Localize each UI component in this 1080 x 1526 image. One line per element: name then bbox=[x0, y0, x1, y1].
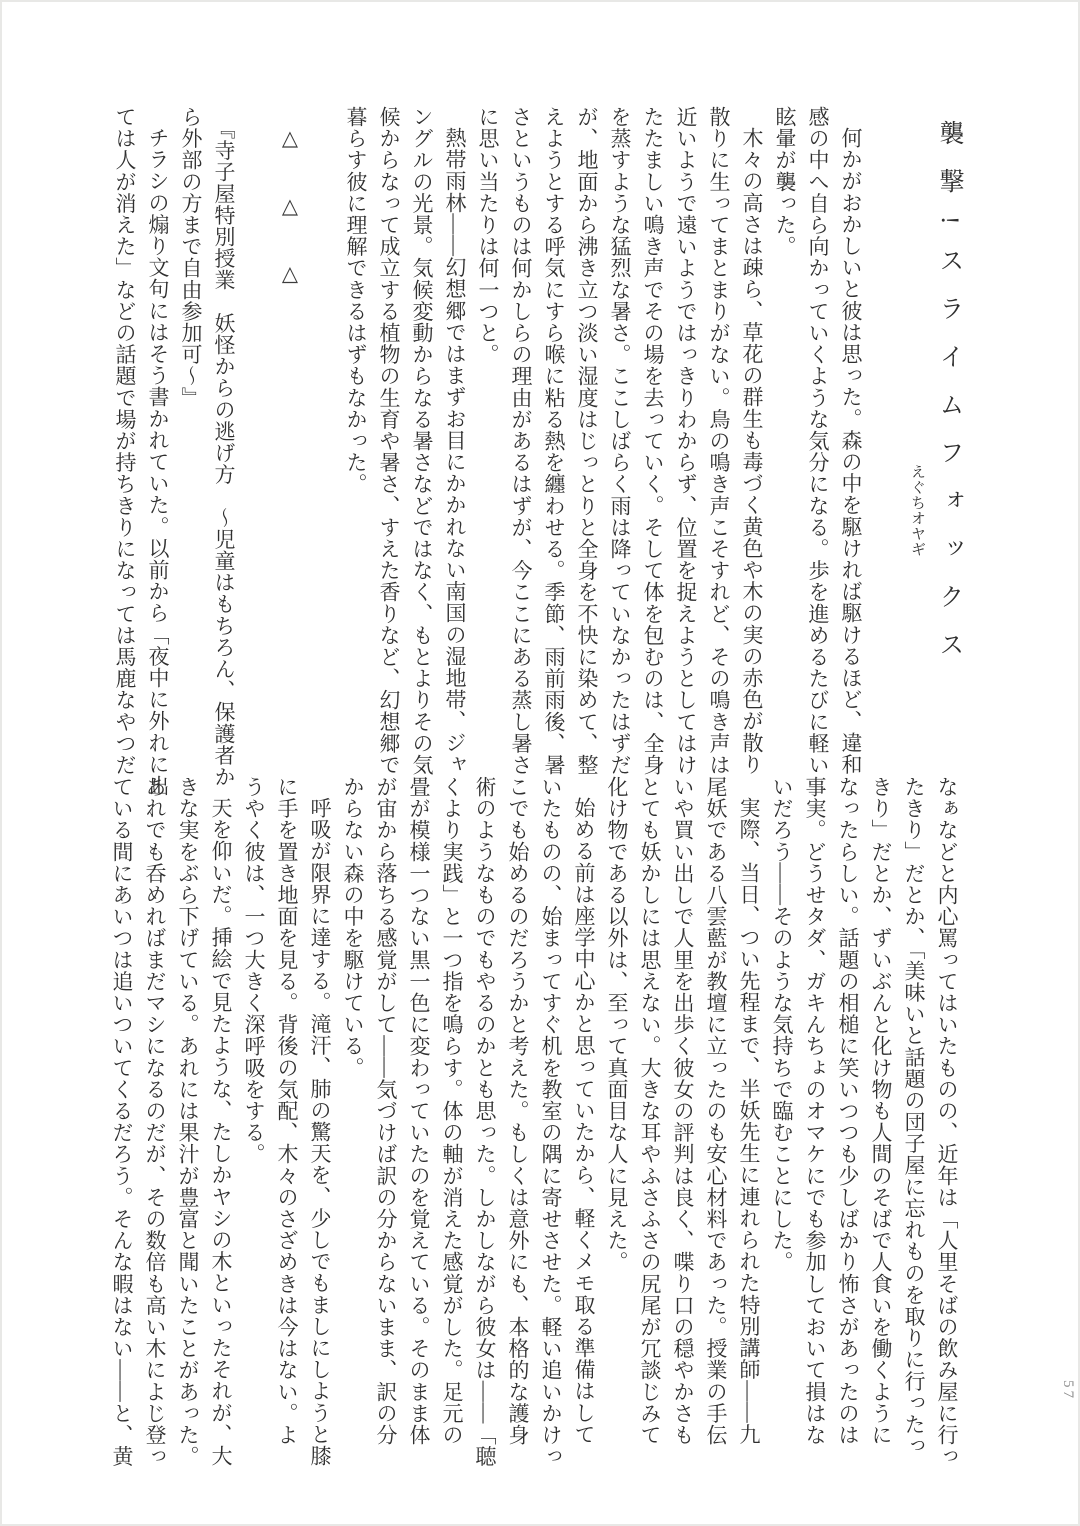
text-column: チラシの煽り文句にはそう書かれていた。以前から「夜中に外れに出 bbox=[141, 106, 174, 811]
story-bottom-block: なぁなどと内心罵ってはいたものの、近年は「人里そばの飲み屋に行ったきり」だとか、… bbox=[105, 776, 963, 1481]
column-spacer bbox=[306, 106, 339, 811]
text-column: こでも始めるのだろうかと考えた。もしくは意外にも、本格的な護身 bbox=[501, 776, 534, 1481]
text-column: いたものの、始まってすぐ机を教室の隅に寄せさせた。軽い追いかけっ bbox=[534, 776, 567, 1481]
text-column: 何かがおかしいと彼は思った。森の中を駆ければ駆けるほど、違和 bbox=[834, 106, 867, 811]
text-column: ている間にあいつは追いついてくるだろう。そんな暇はない――と、黄 bbox=[105, 776, 138, 1481]
text-column: なぁなどと内心罵ってはいたものの、近年は「人里そばの飲み屋に行っ bbox=[930, 776, 963, 1481]
text-column: 天を仰いだ。挿絵で見たような、たしかヤシの木といったそれが、大 bbox=[204, 776, 237, 1481]
text-column: たたましい鳴き声でその場を去っていく。そして体を包むのは、全身 bbox=[636, 106, 669, 811]
text-column: あれでも呑めればまだマシになるのだが、その数倍も高い木によじ登っ bbox=[138, 776, 171, 1481]
story-top-block: 襲撃!スライムフォックスえぐちオヤギ何かがおかしいと彼は思った。森の中を駆ければ… bbox=[108, 106, 966, 811]
text-column: たきり」だとか、「美味いと話題の団子屋に忘れものを取りに行ったっ bbox=[897, 776, 930, 1481]
text-column: うやく彼は、一つ大きく深呼吸をする。 bbox=[237, 776, 270, 1481]
text-column: 呼吸が限界に達する。滝汗、肺の驚天を、少しでもましにしようと膝 bbox=[303, 776, 336, 1481]
column-spacer bbox=[867, 106, 900, 811]
text-column: 術のようなものでもやるのかとも思った。しかしながら彼女は――「聴 bbox=[468, 776, 501, 1481]
section-divider: △ △ △ bbox=[273, 106, 306, 811]
story-title: 襲撃!スライムフォックス bbox=[933, 106, 966, 811]
text-column: が、地面から沸き立つ淡い湿度はじっとりと全身を不快に染めて、整 bbox=[570, 106, 603, 811]
document-page: 襲撃!スライムフォックスえぐちオヤギ何かがおかしいと彼は思った。森の中を駆ければ… bbox=[2, 2, 1078, 1524]
text-column: ら外部の方まで自由参加可〜』 bbox=[174, 106, 207, 811]
text-column: に思い当たりは何一つと。 bbox=[471, 106, 504, 811]
text-column: が宙から落ちる感覚がして――気づけば訳の分からないまま、訳の分 bbox=[369, 776, 402, 1481]
text-column: 暮らす彼に理解できるはずもなかった。 bbox=[339, 106, 372, 811]
text-column: 『寺子屋特別授業 妖怪からの逃げ方 〜児童はもちろん、保護者か bbox=[207, 106, 240, 811]
text-column: きり」だとか、ずいぶんと化け物も人間のそばで人食いを働くように bbox=[864, 776, 897, 1481]
text-column: に手を置き地面を見る。背後の気配、木々のさざめきは今はない。よ bbox=[270, 776, 303, 1481]
text-column: 眩暈が襲った。 bbox=[768, 106, 801, 811]
text-column: からない森の中を駆けている。 bbox=[336, 776, 369, 1481]
text-column: なったらしい。話題の相槌に笑いつつも少しばかり怖さがあったのは bbox=[831, 776, 864, 1481]
text-column: ては人が消えた」などの話題で場が持ちきりになっては馬鹿なやつだ bbox=[108, 106, 141, 811]
column-spacer bbox=[240, 106, 273, 811]
text-column: を蒸すような猛烈な暑さ。ここしばらく雨は降っていなかったはずだ bbox=[603, 106, 636, 811]
text-column: 事実。どうせタダ、ガキんちょのオマケにでも参加しておいて損はな bbox=[798, 776, 831, 1481]
text-column: 熱帯雨林――幻想郷ではまずお目にかかれない南国の湿地帯、ジャ bbox=[438, 106, 471, 811]
text-column: 近いようで遠いようではっきりわからず、位置を捉えようとしてはけ bbox=[669, 106, 702, 811]
text-column: いや買い出しで人里を出歩く彼女の評判は良く、喋り口の穏やかさも bbox=[666, 776, 699, 1481]
text-column: いだろう――そのような気持ちで臨むことにした。 bbox=[765, 776, 798, 1481]
text-column: 化け物である以外は、至って真面目な人に見えた。 bbox=[600, 776, 633, 1481]
text-column: ングルの光景。気候変動からなる暑さなどではなく、もとよりその気 bbox=[405, 106, 438, 811]
text-column: さというものは何かしらの理由があるはずが、今ここにある蒸し暑さ bbox=[504, 106, 537, 811]
page-number: 57 bbox=[1059, 1380, 1076, 1401]
text-column: 感の中へ自ら向かっていくような気分になる。歩を進めるたびに軽い bbox=[801, 106, 834, 811]
text-column: 木々の高さは疎ら、草花の群生も毒づく黄色や木の実の赤色が散り bbox=[735, 106, 768, 811]
text-column: きな実をぶら下げている。あれには果汁が豊富と聞いたことがあった。 bbox=[171, 776, 204, 1481]
text-column: 散りに生ってまとまりがない。鳥の鳴き声こそすれど、その鳴き声は bbox=[702, 106, 735, 811]
text-column: 畳が模様一つない黒一色に変わっていたのを覚えている。そのまま体 bbox=[402, 776, 435, 1481]
text-column: えようとする呼気にすら喉に粘る熱を纏わせる。季節、雨前雨後、暑 bbox=[537, 106, 570, 811]
author-name: えぐちオヤギ bbox=[900, 106, 933, 811]
text-column: 尾妖である八雲藍が教壇に立ったのも安心材料であった。授業の手伝 bbox=[699, 776, 732, 1481]
text-column: 始める前は座学中心かと思っていたから、軽くメモ取る準備はして bbox=[567, 776, 600, 1481]
text-column: 候からなって成立する植物の生育や暑さ、すえた香りなど、幻想郷で bbox=[372, 106, 405, 811]
text-column: 実際、当日、つい先程まで、半妖先生に連れられた特別講師――九 bbox=[732, 776, 765, 1481]
text-column: くより実践」と一つ指を鳴らす。体の軸が消えた感覚がした。足元の bbox=[435, 776, 468, 1481]
text-column: とても妖かしには思えない。大きな耳やふさふさの尻尾が冗談じみて bbox=[633, 776, 666, 1481]
